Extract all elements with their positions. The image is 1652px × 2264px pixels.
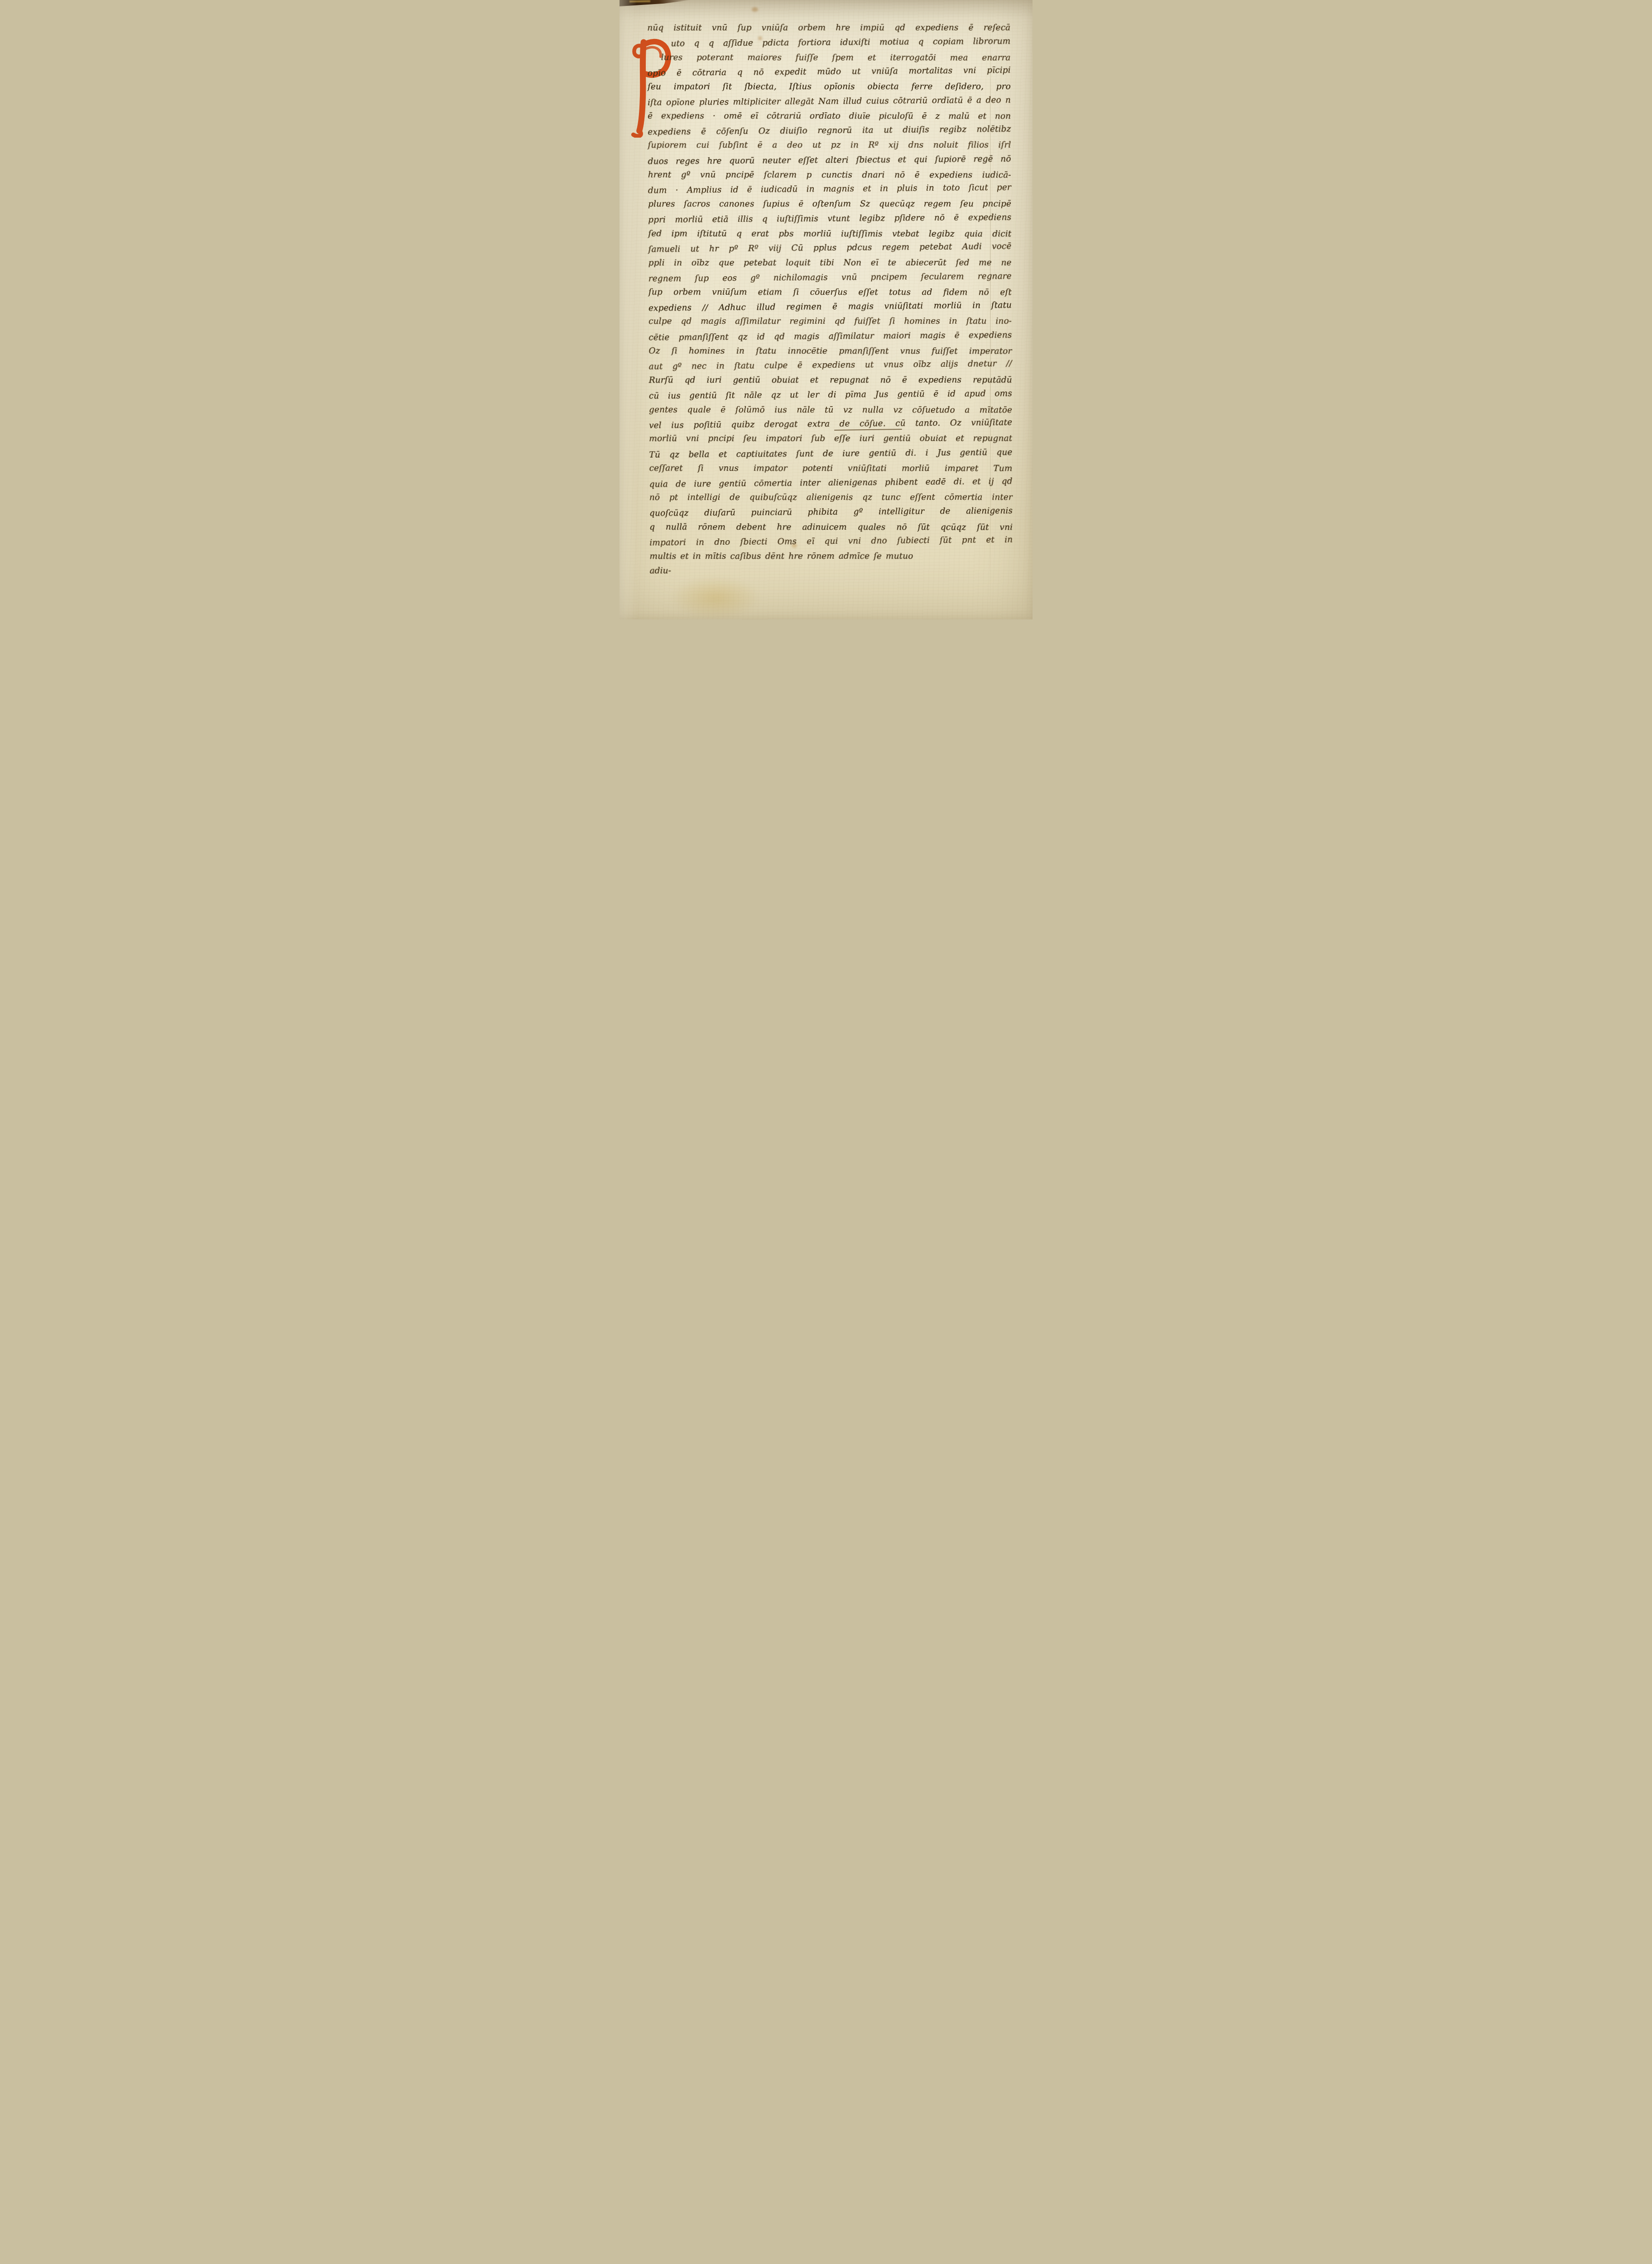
manuscript-text-line: aut gº nec in ſtatu culpe ē expediens ut…: [649, 357, 1012, 374]
manuscript-text-line: ſup orbem vniūſum etiam ſi cōuerſus eſſe…: [648, 285, 1012, 300]
manuscript-text-line: ppri morliū etiā illis q iuſtiſſimis vtu…: [648, 211, 1011, 228]
manuscript-text-line: gentes quale ē ſolūmō ius nāle tū vz nul…: [649, 403, 1012, 417]
manuscript-text-line: morliū vni pncipi ſeu impatori ſub eſſe …: [649, 432, 1012, 446]
manuscript-text-line: duos reges hre quorū neuter eſſet alteri…: [648, 152, 1011, 169]
manuscript-text-line: ſeu impatori ſit ſbiecta, Iſtius opīonis…: [648, 79, 1011, 94]
manuscript-page: P nūq istituit vnū ſup vniūſa orbem hre …: [619, 0, 1032, 619]
manuscript-text-line: Tū qz bella et captiuitates ſunt de iure…: [649, 445, 1012, 462]
manuscript-text-line: cū ius gentiū ſit nāle qz ut ler di pīma…: [649, 387, 1012, 404]
parchment-stain: [752, 7, 758, 12]
manuscript-text-line: opīo ē cōtraria q nō expedit mūdo ut vni…: [648, 63, 1011, 81]
manuscript-text-line: ppli in oībz que petebat loquit tibi Non…: [648, 255, 1012, 270]
manuscript-text-line: culpe qd magis aſſimilatur regimini qd f…: [648, 314, 1012, 329]
manuscript-text-line: Rurſū qd iuri gentiū obuiat et repugnat …: [649, 373, 1012, 388]
manuscript-text-line: expediens ē cōſenſu Oz diuiſio regnorū i…: [648, 122, 1011, 139]
manuscript-text-line: ſamueli ut hr pº Rº viij Cū pplus pdcus …: [648, 240, 1011, 257]
manuscript-text-line: cētie pmanſiſſent qz id qd magis aſſimil…: [648, 328, 1012, 345]
manuscript-text-line: plures ſacros canones ſupius ē oſtenſum …: [648, 197, 1011, 212]
manuscript-text-line: nūq istituit vnū ſup vniūſa orbem hre im…: [647, 21, 1010, 36]
manuscript-text-line: quia de iure gentiū cōmertia inter alien…: [649, 474, 1013, 492]
manuscript-text-line: vel ius poſitiū quibz derogat extra de c…: [649, 416, 1012, 433]
manuscript-text-line: nō pt intelligi de quibuſcūqz alienigeni…: [649, 490, 1013, 505]
manuscript-text-line: iſta opīone pluries mltipliciter allegāt…: [648, 93, 1011, 110]
manuscript-text-line: dum · Amplius id ē iudicadū in magnis et…: [648, 181, 1011, 198]
manuscript-text-line: ceſſaret ſi vnus impator potenti vniūſit…: [649, 461, 1013, 476]
text-block: nūq istituit vnū ſup vniūſa orbem hre im…: [647, 20, 1013, 579]
manuscript-text-line: expediens // Adhuc illud regimen ē magis…: [648, 298, 1012, 316]
manuscript-text-line: ſupiorem cui ſubſint ē a deo ut pz in Rº…: [648, 138, 1011, 153]
manuscript-text-line: ſed ipm iſtitutū q erat pbs morliū iuſti…: [648, 226, 1011, 241]
manuscript-text-line: lures poterant maiores fuiſſe ſpem et it…: [648, 50, 1011, 65]
binding-gilt-fleck: [629, 0, 650, 3]
manuscript-text-line: uto q q aſſidue pdicta fortiora iduxiſti…: [647, 34, 1010, 52]
manuscript-text-line: multis et in mītis caſibus dēnt hre rōne…: [650, 549, 1013, 578]
parchment-stain: [670, 576, 761, 619]
manuscript-text-line: impatori in dno ſbiecti Oms eī qui vni d…: [649, 533, 1013, 551]
manuscript-text-line: regnem ſup eos gº nichilomagis vnū pncip…: [648, 269, 1012, 287]
manuscript-text-line: quoſcūqz diuſarū puinciarū phibita gº in…: [649, 504, 1013, 521]
manuscript-text-line: ē expediens · omē eī cōtrariū ordīato di…: [648, 109, 1011, 124]
